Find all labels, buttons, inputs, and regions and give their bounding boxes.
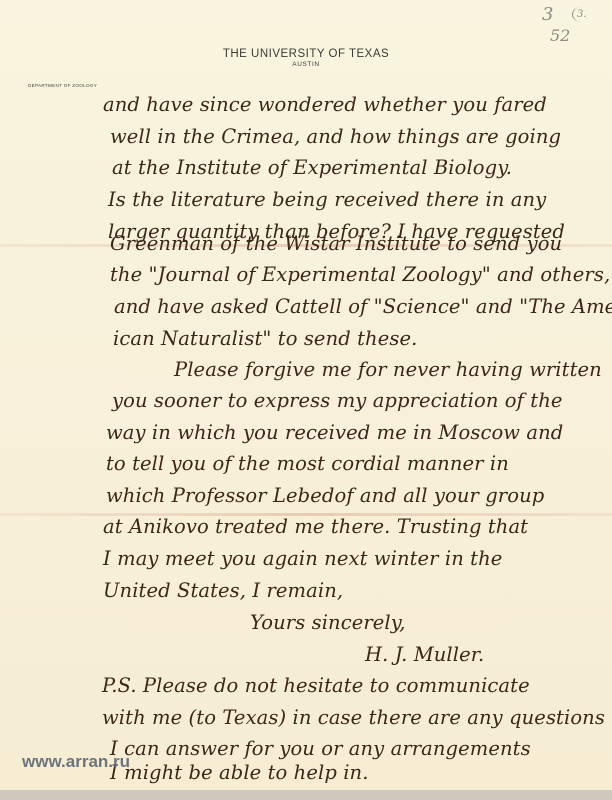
letter-line: the "Journal of Experimental Zoology" an…: [110, 263, 610, 286]
letter-line: well in the Crimea, and how things are g…: [110, 125, 561, 148]
letter-line: Yours sincerely,: [250, 611, 406, 634]
watermark: www.arran.ru: [22, 752, 130, 772]
letter-line: and have since wondered whether you fare…: [103, 93, 547, 116]
page-bottom-edge: [0, 790, 612, 800]
letter-line: to tell you of the most cordial manner i…: [106, 452, 509, 475]
letterhead-title: THE UNIVERSITY OF TEXAS: [0, 48, 612, 60]
letter-line: Is the literature being received there i…: [108, 188, 546, 211]
letter-line: at Anikovo treated me there. Trusting th…: [103, 515, 528, 538]
letter-line: H. J. Muller.: [365, 643, 484, 666]
letter-line: way in which you received me in Moscow a…: [106, 421, 563, 444]
letter-line: with me (to Texas) in case there are any…: [102, 706, 605, 729]
archive-mark-lower: 52: [550, 26, 570, 45]
letter-line: I can answer for you or any arrangements: [110, 737, 531, 760]
letter-line: Greenman of the Wistar Institute to send…: [110, 232, 562, 255]
department-label: DEPARTMENT OF ZOOLOGY: [28, 83, 97, 88]
letter-line: you sooner to express my appreciation of…: [112, 389, 563, 412]
letter-line: and have asked Cattell of "Science" and …: [114, 295, 612, 318]
letter-line: I might be able to help in.: [110, 761, 369, 784]
letter-line: ican Naturalist" to send these.: [113, 327, 417, 350]
letter-line: Please forgive me for never having writt…: [174, 358, 602, 381]
letterhead-subtitle: AUSTIN: [0, 61, 612, 68]
letter-line: United States, I remain,: [103, 579, 343, 602]
archive-mark-circled: 3.: [572, 7, 591, 22]
archive-mark-top: 3: [542, 4, 553, 25]
letter-line: P.S. Please do not hesitate to communica…: [102, 674, 530, 697]
letter-line: which Professor Lebedof and all your gro…: [106, 484, 544, 507]
letterhead: THE UNIVERSITY OF TEXAS AUSTIN: [0, 48, 612, 68]
letter-line: I may meet you again next winter in the: [103, 547, 502, 570]
letter-line: at the Institute of Experimental Biology…: [112, 156, 512, 179]
